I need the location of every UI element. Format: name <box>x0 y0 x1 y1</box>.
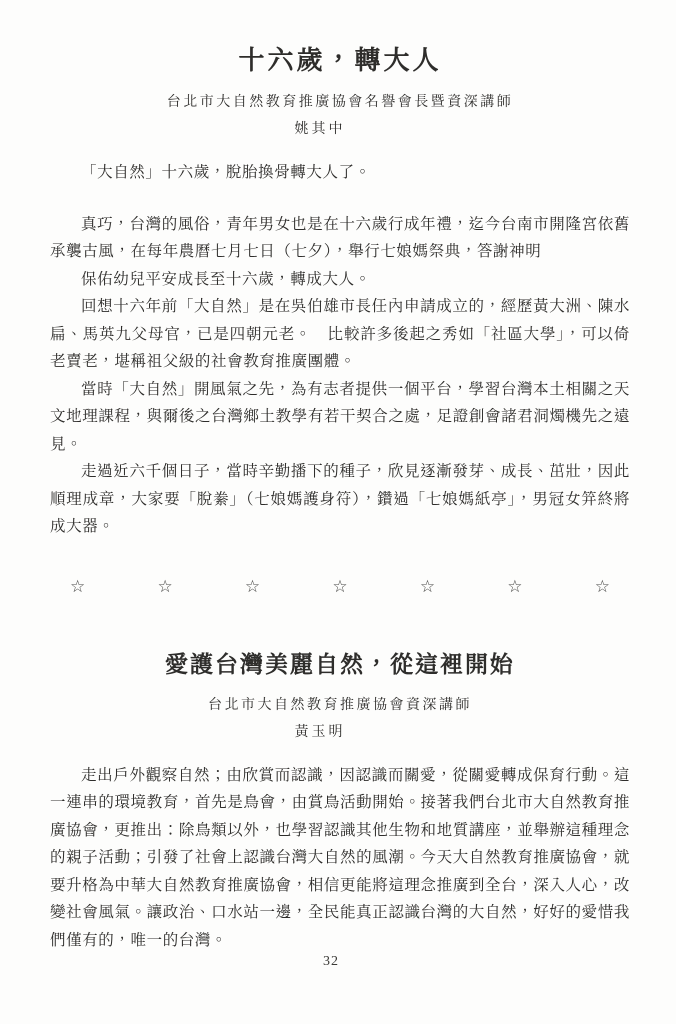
paragraph: 「大自然」十六歲，脫胎換骨轉大人了。 <box>50 159 630 187</box>
star-icon: ☆ <box>245 577 260 597</box>
document-page: 十六歲，轉大人 台北市大自然教育推廣協會名譽會長暨資深講師 姚其中 「大自然」十… <box>0 0 676 1024</box>
star-icon: ☆ <box>420 577 435 597</box>
star-icon: ☆ <box>332 577 347 597</box>
star-icon: ☆ <box>157 577 172 597</box>
article-nature: 愛護台灣美麗自然，從這裡開始 台北市大自然教育推廣協會資深講師 黃玉明 走出戶外… <box>50 649 630 955</box>
star-icon: ☆ <box>70 577 85 597</box>
article-subtitle: 台北市大自然教育推廣協會資深講師 <box>50 697 630 715</box>
star-divider: ☆ ☆ ☆ ☆ ☆ ☆ ☆ <box>70 577 610 597</box>
article-sixteen: 十六歲，轉大人 台北市大自然教育推廣協會名譽會長暨資深講師 姚其中 「大自然」十… <box>50 44 630 541</box>
article-author: 姚其中 <box>30 121 610 139</box>
article-body: 走出戶外觀察自然；由欣賞而認識，因認識而關愛，從關愛轉成保育行動。這一連串的環境… <box>50 762 630 955</box>
paragraph: 走過近六千個日子，當時辛勤播下的種子，欣見逐漸發芽、成長、茁壯，因此順理成章，大… <box>50 458 630 541</box>
paragraph: 走出戶外觀察自然；由欣賞而認識，因認識而關愛，從關愛轉成保育行動。這一連串的環境… <box>50 762 630 955</box>
paragraph: 保佑幼兒平安成長至十六歲，轉成大人。 <box>50 266 630 294</box>
article-title: 愛護台灣美麗自然，從這裡開始 <box>50 649 630 681</box>
article-author: 黃玉明 <box>30 724 610 742</box>
article-subtitle: 台北市大自然教育推廣協會名譽會長暨資深講師 <box>50 94 630 112</box>
page-number: 32 <box>0 954 662 970</box>
paragraph: 真巧，台灣的風俗，青年男女也是在十六歲行成年禮，迄今台南市開隆宮依舊承襲古風，在… <box>50 211 630 266</box>
paragraph: 當時「大自然」開風氣之先，為有志者提供一個平台，學習台灣本土相關之天文地理課程，… <box>50 376 630 459</box>
star-icon: ☆ <box>507 577 522 597</box>
star-icon: ☆ <box>595 577 610 597</box>
article-title: 十六歲，轉大人 <box>50 44 630 78</box>
paragraph: 回想十六年前「大自然」是在吳伯雄市長任內申請成立的，經歷黃大洲、陳水扁、馬英九父… <box>50 293 630 376</box>
article-body: 「大自然」十六歲，脫胎換骨轉大人了。 真巧，台灣的風俗，青年男女也是在十六歲行成… <box>50 159 630 541</box>
